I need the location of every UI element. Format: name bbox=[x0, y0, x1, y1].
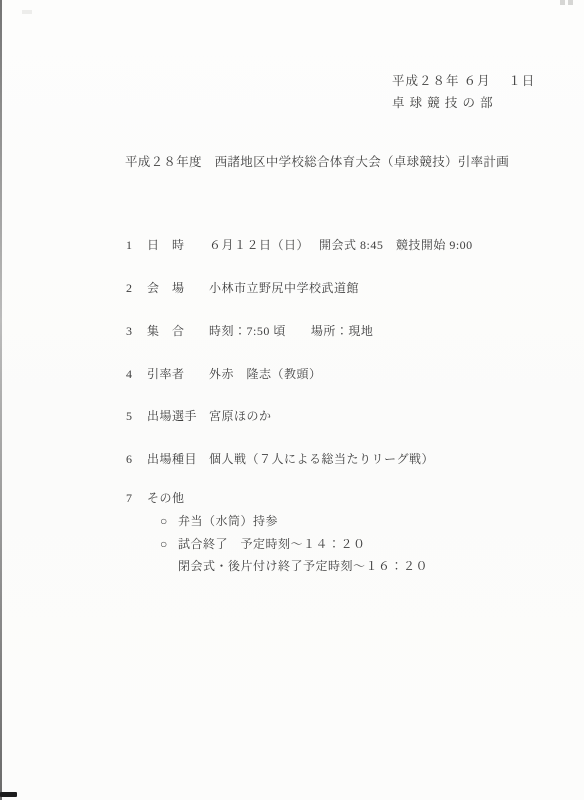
note-row-closing: 閉会式・後片付け終了予定時刻～１６：２０ bbox=[164, 545, 428, 587]
item-label: 出場種目 bbox=[147, 452, 209, 466]
scan-left-edge-line bbox=[0, 0, 2, 800]
item-label: 引率者 bbox=[147, 367, 209, 381]
item-value: 時刻：7:50 頃 場所：現地 bbox=[209, 324, 373, 338]
section-line: 卓 球 競 技 の 部 bbox=[392, 96, 494, 110]
item-value: 外赤 隆志（教頭） bbox=[209, 367, 322, 381]
scan-speck bbox=[568, 0, 573, 5]
item-number: 2 bbox=[126, 281, 147, 295]
date-line: 平成２８年 ６月 １日 bbox=[392, 74, 535, 88]
item-number: 7 bbox=[126, 491, 147, 505]
item-label: 集 合 bbox=[147, 324, 209, 338]
item-row-assembly: 3集 合時刻：7:50 頃 場所：現地 bbox=[112, 310, 373, 352]
item-value: 宮原ほのか bbox=[209, 409, 272, 423]
item-number: 5 bbox=[126, 409, 147, 423]
item-label: 出場選手 bbox=[147, 409, 209, 423]
scan-bottom-left-mark bbox=[0, 792, 17, 797]
item-value: 小林市立野尻中学校武道館 bbox=[209, 281, 359, 295]
item-label: 日 時 bbox=[147, 238, 209, 252]
item-number: 6 bbox=[126, 452, 147, 466]
item-row-date: 1日 時６月１２日（日） 開会式 8:45 競技開始 9:00 bbox=[112, 224, 473, 266]
item-value: 個人戦（７人による総当たりリーグ戦） bbox=[209, 452, 434, 466]
item-label: 会 場 bbox=[147, 281, 209, 295]
item-row-escort: 4引率者外赤 隆志（教頭） bbox=[112, 353, 322, 395]
scanned-document-page: 平成２８年 ６月 １日 卓 球 競 技 の 部 平成２８年度 西諸地区中学校総合… bbox=[0, 0, 584, 800]
item-number: 1 bbox=[126, 238, 147, 252]
item-row-players: 5出場選手宮原ほのか bbox=[112, 395, 272, 437]
note-text: 閉会式・後片付け終了予定時刻～１６：２０ bbox=[178, 559, 428, 573]
scan-speck bbox=[22, 10, 32, 14]
item-row-events: 6出場種目個人戦（７人による総当たりリーグ戦） bbox=[112, 438, 434, 480]
item-number: 4 bbox=[126, 367, 147, 381]
item-number: 3 bbox=[126, 324, 147, 338]
document-title: 平成２８年度 西諸地区中学校総合体育大会（卓球競技）引率計画 bbox=[125, 155, 509, 169]
item-row-venue: 2会 場小林市立野尻中学校武道館 bbox=[112, 267, 359, 309]
item-value: ６月１２日（日） 開会式 8:45 競技開始 9:00 bbox=[209, 238, 473, 252]
scan-speck bbox=[560, 0, 565, 5]
